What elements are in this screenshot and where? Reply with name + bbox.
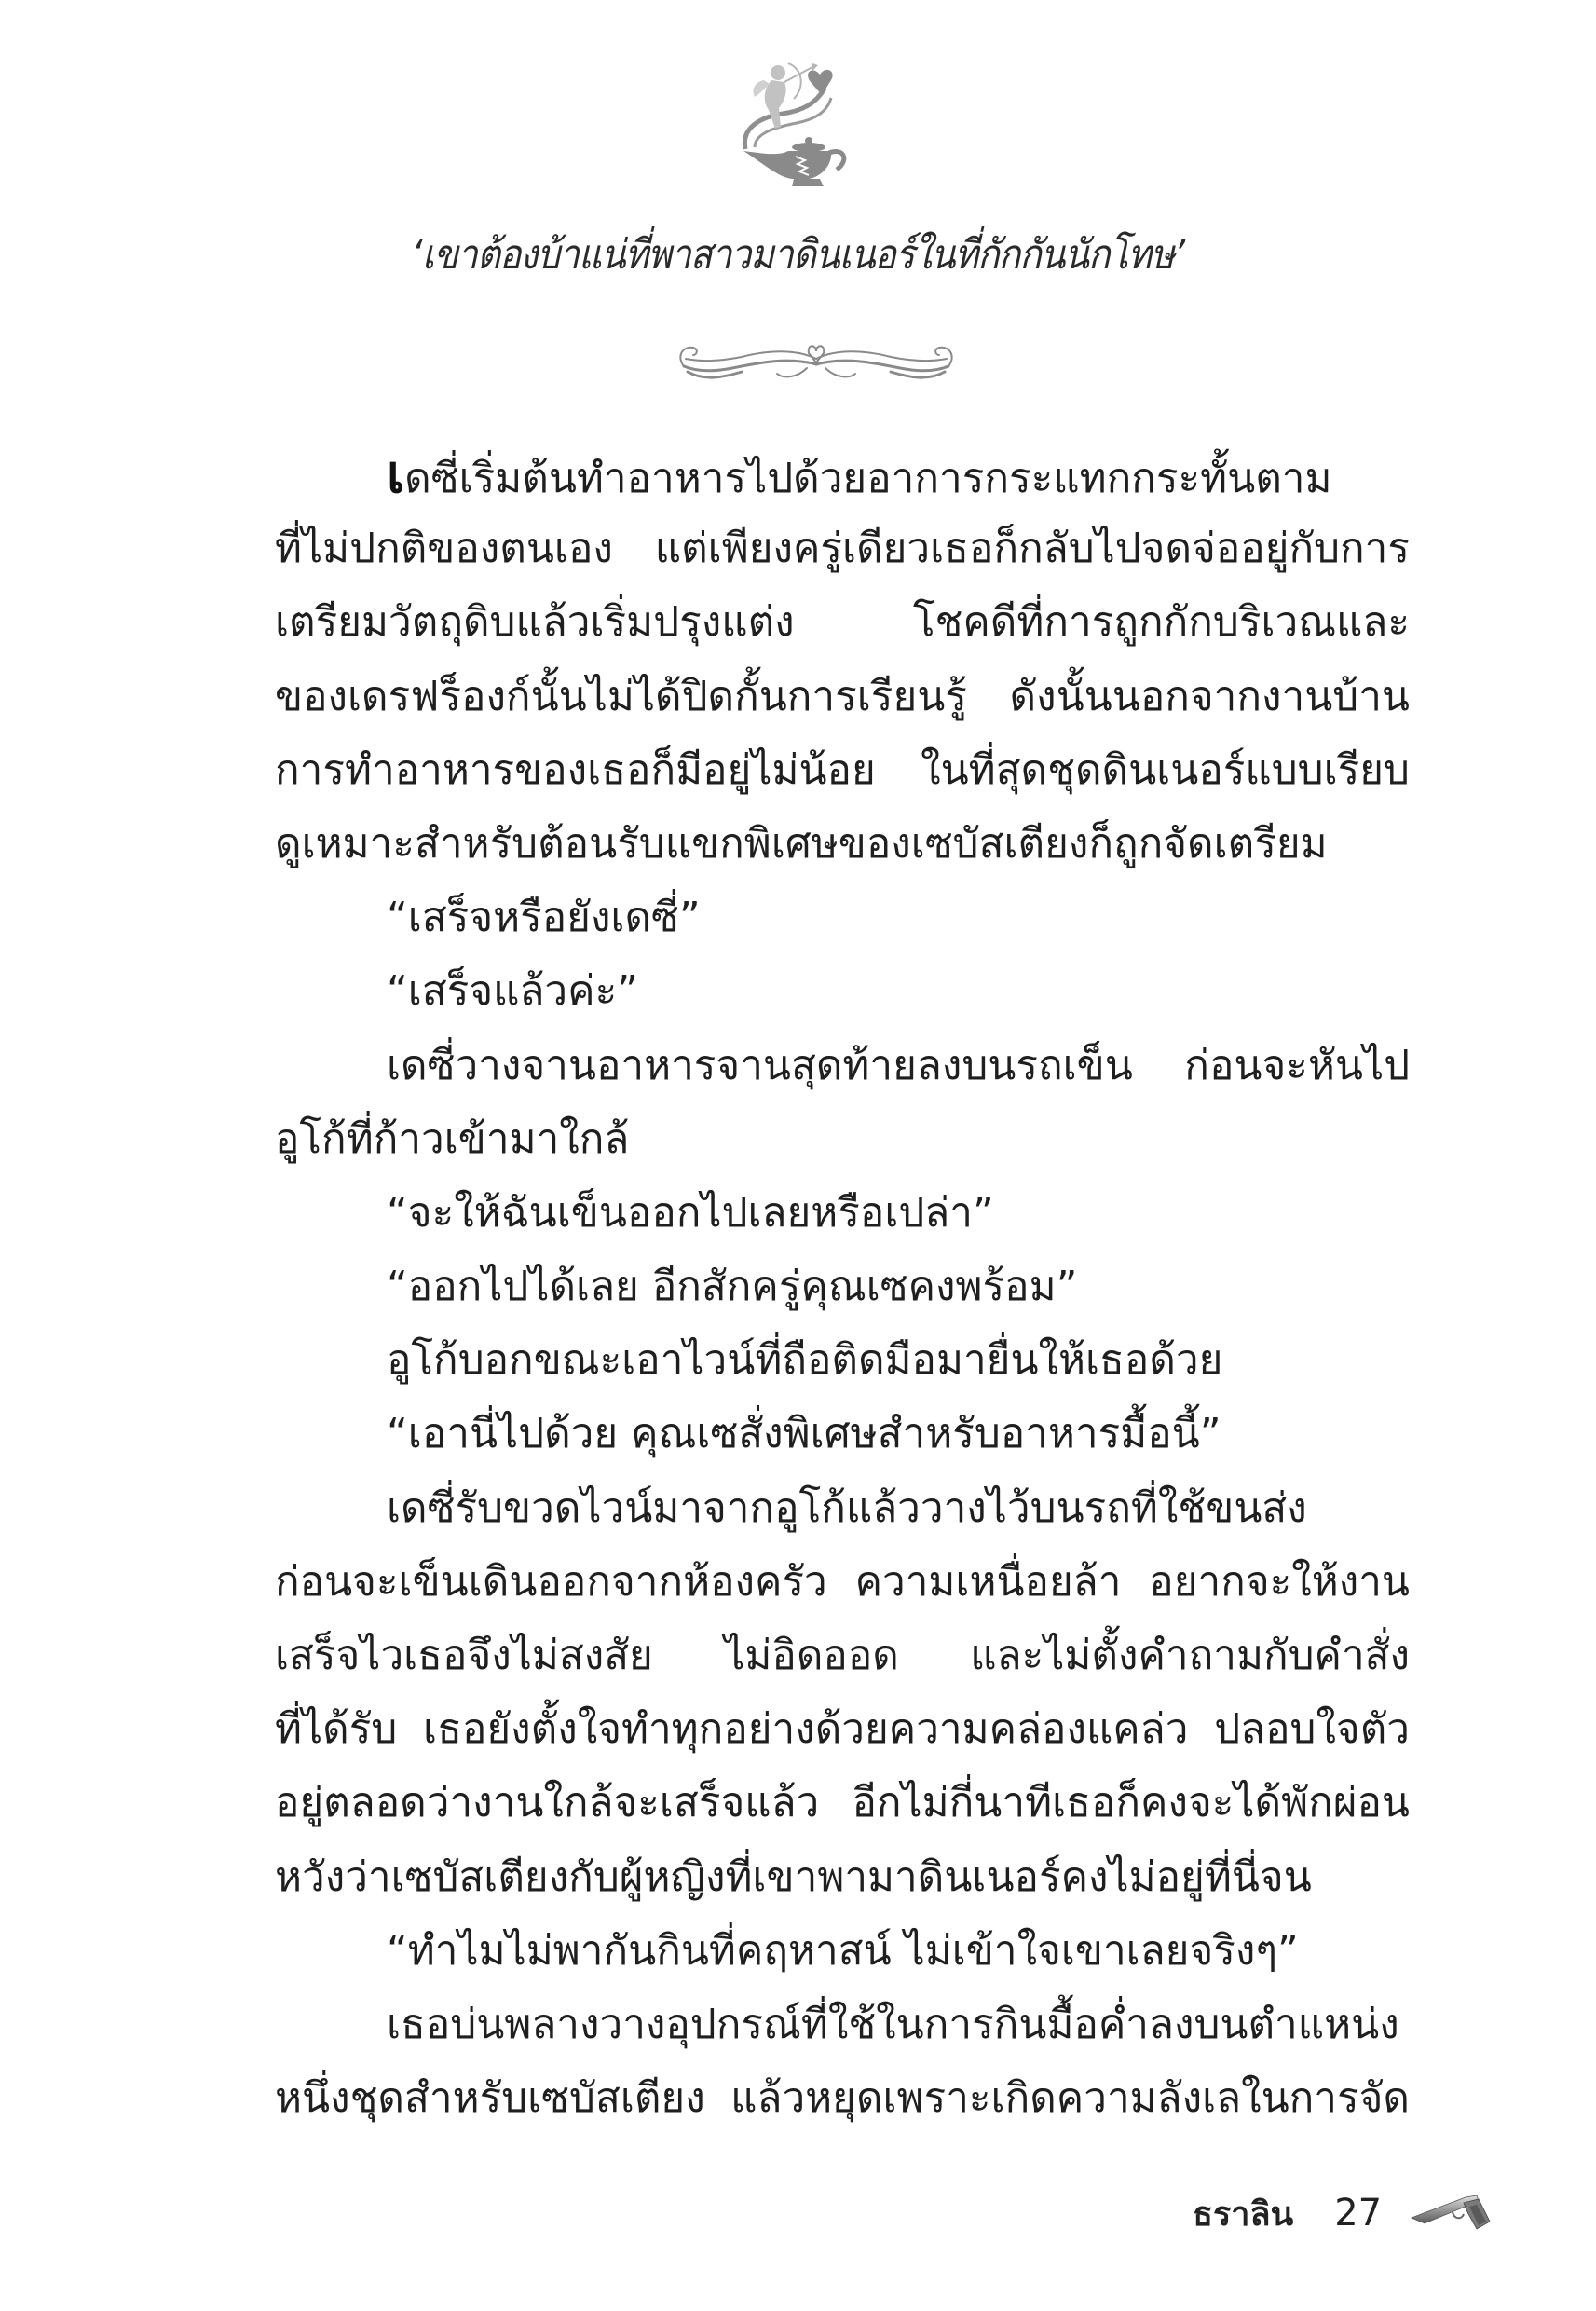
text-line: “ทำไมไม่พากันกินที่คฤหาสน์ ไม่เข้าใจเขาเ… (275, 1914, 1410, 1988)
text-line: หวังว่าเซบัสเตียงกับผู้หญิงที่เขาพามาดิน… (275, 1840, 1410, 1914)
line-text: “ทำไมไม่พากันกินที่คฤหาสน์ ไม่เข้าใจเขาเ… (387, 1927, 1299, 1975)
line-text: เธอบ่นพลางวางอุปกรณ์ที่ใช้ในการกินมื้อค่… (387, 2001, 1399, 2061)
text-line: ก่อนจะเข็นเดินออกจากห้องครัว ความเหนื่อย… (275, 1545, 1410, 1619)
text-line: “จะให้ฉันเข็นออกไปเลยหรือเปล่า” (275, 1176, 1410, 1250)
line-text: อูโก้ที่ก้าวเข้ามาใกล้ (275, 1115, 629, 1163)
line-text: “จะให้ฉันเข็นออกไปเลยหรือเปล่า” (387, 1189, 994, 1237)
body-text: เดซี่เริ่มต้นทำอาหารไปด้วยอาการกระแทกกระ… (275, 438, 1410, 2135)
ornamental-divider-icon (676, 340, 956, 392)
drop-cap: เ (387, 444, 404, 505)
line-text: ของเดรฟร็องก์นั้นไม่ได้ปิดกั้นการเรียนรู… (275, 673, 1410, 733)
text-line: การทำอาหารของเธอก็มีอยู่ไม่น้อย ในที่สุด… (275, 733, 1410, 807)
line-text: เสร็จไวเธอจึงไม่สงสัย ไม่อิดออด และไม่ตั… (275, 1632, 1410, 1692)
author-name: ธราลิน (1193, 2187, 1293, 2240)
line-text: อูโก้บอกขณะเอาไวน์ที่ถือติดมือมายื่นให้เ… (387, 1336, 1222, 1384)
text-line: “เสร็จแล้วค่ะ” (275, 954, 1410, 1028)
line-text: ที่ไม่ปกติของตนเอง แต่เพียงครู่เดียวเธอก… (275, 525, 1410, 572)
text-line: ที่ได้รับ เธอยังตั้งใจทำทุกอย่างด้วยความ… (275, 1692, 1410, 1766)
line-text: หนึ่งชุดสำหรับเซบัสเตียง แล้วหยุดเพราะเก… (275, 2074, 1410, 2122)
text-line: เดซี่เริ่มต้นทำอาหารไปด้วยอาการกระแทกกระ… (275, 438, 1410, 512)
line-text: ดซี่เริ่มต้นทำอาหารไปด้วยอาการกระแทกกระท… (387, 455, 1332, 512)
text-line: อูโก้ที่ก้าวเข้ามาใกล้ (275, 1102, 1410, 1176)
text-line: อยู่ตลอดว่างานใกล้จะเสร็จแล้ว อีกไม่กี่น… (275, 1766, 1410, 1839)
text-line: อูโก้บอกขณะเอาไวน์ที่ถือติดมือมายื่นให้เ… (275, 1323, 1410, 1397)
text-line: เสร็จไวเธอจึงไม่สงสัย ไม่อิดออด และไม่ตั… (275, 1619, 1410, 1692)
text-line: ที่ไม่ปกติของตนเอง แต่เพียงครู่เดียวเธอก… (275, 512, 1410, 585)
text-line: ดูเหมาะสำหรับต้อนรับแขกพิเศษของเซบัสเตีย… (275, 807, 1410, 881)
text-line: เตรียมวัตถุดิบแล้วเริ่มปรุงแต่ง โชคดีที่… (275, 585, 1410, 659)
text-line: เดซี่รับขวดไวน์มาจากอูโก้แล้ววางไว้บนรถท… (275, 1471, 1410, 1545)
line-text: การทำอาหารของเธอก็มีอยู่ไม่น้อย ในที่สุด… (275, 746, 1410, 807)
cupid-teapot-lamp-icon (727, 47, 866, 186)
line-text: เตรียมวัตถุดิบแล้วเริ่มปรุงแต่ง โชคดีที่… (275, 598, 1410, 659)
text-line: “ออกไปได้เลย อีกสักครู่คุณเซคงพร้อม” (275, 1250, 1410, 1323)
line-text: ที่ได้รับ เธอยังตั้งใจทำทุกอย่างด้วยความ… (275, 1705, 1410, 1766)
line-text: เดซี่รับขวดไวน์มาจากอูโก้แล้ววางไว้บนรถท… (387, 1484, 1307, 1545)
text-line: หนึ่งชุดสำหรับเซบัสเตียง แล้วหยุดเพราะเก… (275, 2061, 1410, 2135)
line-text: “ออกไปได้เลย อีกสักครู่คุณเซคงพร้อม” (387, 1263, 1077, 1310)
text-line: “เอานี่ไปด้วย คุณเซสั่งพิเศษสำหรับอาหารม… (275, 1397, 1410, 1470)
line-text: “เอานี่ไปด้วย คุณเซสั่งพิเศษสำหรับอาหารม… (387, 1410, 1221, 1457)
text-line: เดซี่วางจานอาหารจานสุดท้ายลงบนรถเข็น ก่อ… (275, 1029, 1410, 1102)
text-line: “เสร็จหรือยังเดซี่” (275, 881, 1410, 954)
chapter-epigraph: ‘เขาต้องบ้าแน่ที่พาสาวมาดินเนอร์ในที่กัก… (96, 222, 1500, 287)
line-text: “เสร็จแล้วค่ะ” (387, 967, 638, 1015)
text-line: ของเดรฟร็องก์นั้นไม่ได้ปิดกั้นการเรียนรู… (275, 660, 1410, 733)
line-text: ก่อนจะเข็นเดินออกจากห้องครัว ความเหนื่อย… (275, 1558, 1410, 1606)
line-text: ดูเหมาะสำหรับต้อนรับแขกพิเศษของเซบัสเตีย… (275, 820, 1328, 881)
pistol-icon (1410, 2190, 1494, 2236)
page-number: 27 (1334, 2192, 1382, 2235)
text-line: เธอบ่นพลางวางอุปกรณ์ที่ใช้ในการกินมื้อค่… (275, 1988, 1410, 2061)
line-text: เดซี่วางจานอาหารจานสุดท้ายลงบนรถเข็น ก่อ… (387, 1042, 1410, 1102)
line-text: “เสร็จหรือยังเดซี่” (387, 894, 701, 941)
line-text: หวังว่าเซบัสเตียงกับผู้หญิงที่เขาพามาดิน… (275, 1853, 1312, 1914)
page-footer: ธราลิน 27 (1193, 2181, 1494, 2246)
line-text: อยู่ตลอดว่างานใกล้จะเสร็จแล้ว อีกไม่กี่น… (275, 1779, 1410, 1826)
